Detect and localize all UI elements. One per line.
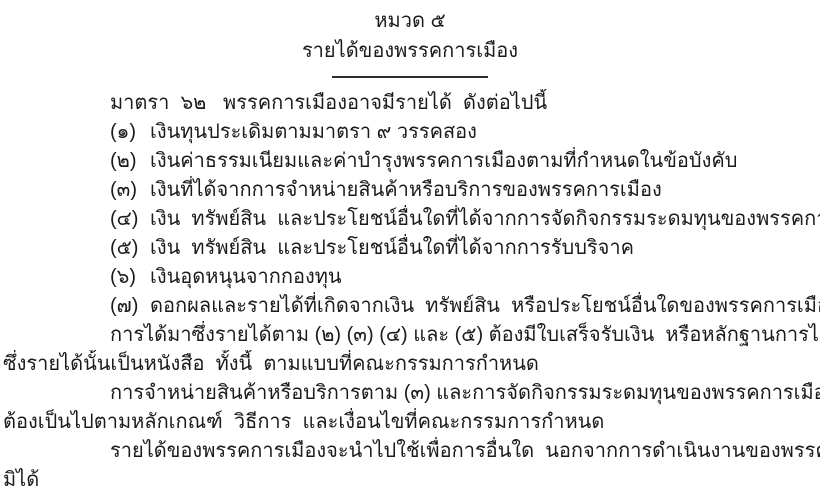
list-item-4: (๔) เงิน ทรัพย์สิน และประโยชน์อื่นใดที่ไ… <box>0 205 820 234</box>
list-item-3: (๓) เงินที่ได้จากการจำหน่ายสินค้าหรือบริ… <box>0 176 820 205</box>
chapter-heading: หมวด ๕ <box>0 6 820 36</box>
document-header: หมวด ๕ รายได้ของพรรคการเมือง <box>0 0 820 78</box>
item-text: เงิน ทรัพย์สิน และประโยชน์อื่นใดที่ได้จา… <box>150 234 820 263</box>
item-number: (๔) <box>110 205 150 234</box>
document-page: หมวด ๕ รายได้ของพรรคการเมือง มาตรา ๖๒ พร… <box>0 0 820 498</box>
item-text: เงินอุดหนุนจากกองทุน <box>150 263 820 292</box>
list-item-1: (๑) เงินทุนประเดิมตามมาตรา ๙ วรรคสอง <box>0 118 820 147</box>
item-number: (๒) <box>110 147 150 176</box>
list-item-7: (๗) ดอกผลและรายได้ที่เกิดจากเงิน ทรัพย์ส… <box>0 292 820 321</box>
item-number: (๓) <box>110 176 150 205</box>
paragraph-1-line-1: การได้มาซึ่งรายได้ตาม (๒) (๓) (๔) และ (๕… <box>0 321 820 350</box>
list-item-6: (๖) เงินอุดหนุนจากกองทุน <box>0 263 820 292</box>
paragraph-3-line-2: มิได้ <box>0 466 820 495</box>
item-text: เงินทุนประเดิมตามมาตรา ๙ วรรคสอง <box>150 118 820 147</box>
paragraph-2-line-2: ต้องเป็นไปตามหลักเกณฑ์ วิธีการ และเงื่อน… <box>0 408 820 437</box>
item-number: (๑) <box>110 118 150 147</box>
item-number: (๕) <box>110 234 150 263</box>
chapter-title: รายได้ของพรรคการเมือง <box>0 36 820 66</box>
item-text: เงิน ทรัพย์สิน และประโยชน์อื่นใดที่ได้จา… <box>150 205 820 234</box>
item-text: ดอกผลและรายได้ที่เกิดจากเงิน ทรัพย์สิน ห… <box>150 292 820 321</box>
item-text: เงินค่าธรรมเนียมและค่าบำรุงพรรคการเมืองต… <box>150 147 820 176</box>
paragraph-3-line-1: รายได้ของพรรคการเมืองจะนำไปใช้เพื่อการอื… <box>0 437 820 466</box>
paragraph-1-line-2: ซึ่งรายได้นั้นเป็นหนังสือ ทั้งนี้ ตามแบบ… <box>0 350 820 379</box>
item-text: เงินที่ได้จากการจำหน่ายสินค้าหรือบริการข… <box>150 176 820 205</box>
item-number: (๗) <box>110 292 150 321</box>
paragraph-2-line-1: การจำหน่ายสินค้าหรือบริการตาม (๓) และการ… <box>0 379 820 408</box>
document-body: มาตรา ๖๒ พรรคการเมืองอาจมีรายได้ ดังต่อไ… <box>0 78 820 495</box>
list-item-5: (๕) เงิน ทรัพย์สิน และประโยชน์อื่นใดที่ไ… <box>0 234 820 263</box>
item-number: (๖) <box>110 263 150 292</box>
section-intro: มาตรา ๖๒ พรรคการเมืองอาจมีรายได้ ดังต่อไ… <box>0 89 820 118</box>
list-item-2: (๒) เงินค่าธรรมเนียมและค่าบำรุงพรรคการเม… <box>0 147 820 176</box>
